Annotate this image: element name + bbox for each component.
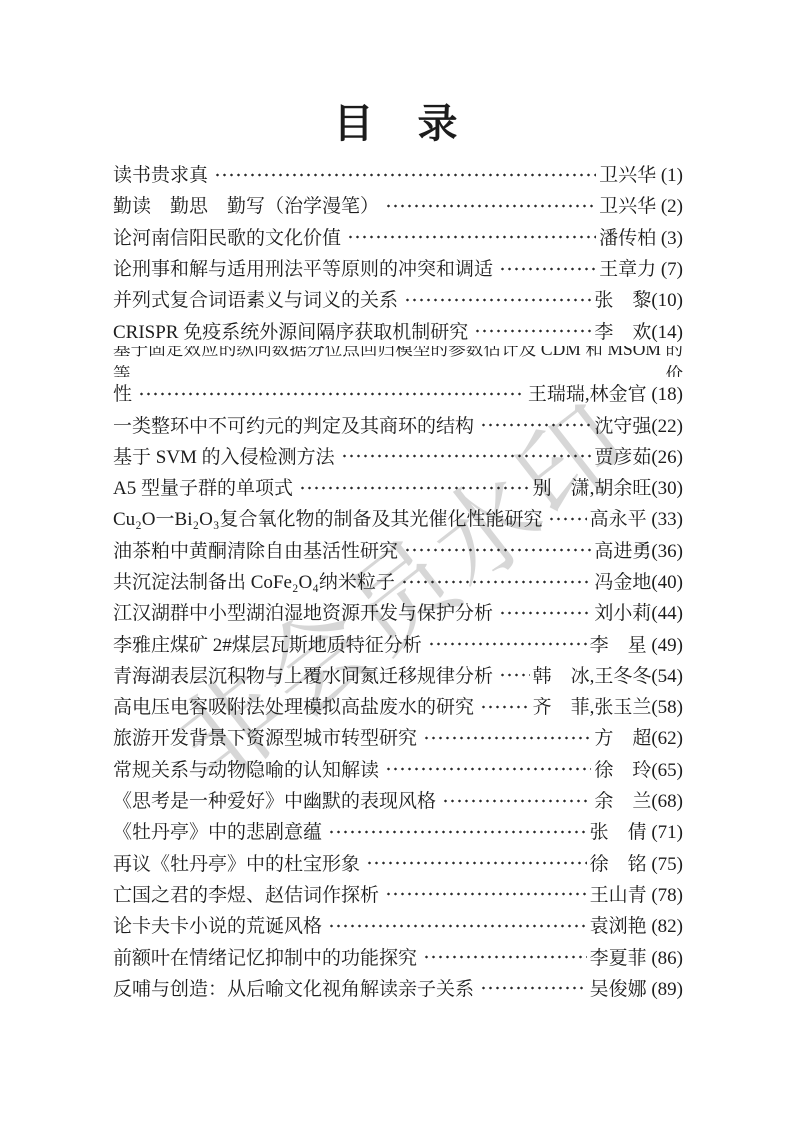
entry-title: 勤读 勤思 勤写（治学漫笔） (113, 191, 379, 218)
dot-leader (422, 952, 587, 962)
entry-author-page: 高进勇(36) (594, 536, 683, 563)
dot-leader (479, 983, 587, 993)
toc-entry: 旅游开发背景下资源型城市转型研究 方 超(62) (113, 721, 683, 752)
entry-title: 前额叶在情绪记忆抑制中的功能探究 (113, 943, 417, 970)
dot-leader (403, 545, 591, 555)
entry-title: 性 (113, 379, 132, 406)
toc-entry: 《牡丹亭》中的悲剧意蕴 张 倩 (71) (113, 815, 683, 846)
dot-leader (422, 733, 591, 743)
entry-author-page: 别 潇,胡余旺(30) (533, 473, 683, 500)
toc-content: 目 录 读书贵求真 卫兴华 (1) 勤读 勤思 勤写（治学漫笔） 卫兴华 (2)… (0, 0, 793, 1003)
toc-entry: CRISPR 免疫系统外源间隔序获取机制研究 李 欢(14) (113, 314, 683, 345)
toc-entry: 论刑事和解与适用刑法平等原则的冲突和调适 王章力 (7) (113, 252, 683, 283)
toc-entry: 江汉湖群中小型湖泊湿地资源开发与保护分析 刘小莉(44) (113, 596, 683, 627)
entry-title: 反哺与创造：从后喻文化视角解读亲子关系 (113, 974, 474, 1001)
dot-leader (384, 889, 587, 899)
dot-leader (327, 921, 587, 931)
dot-leader (479, 702, 530, 712)
entry-author-page: 齐 菲,张玉兰(58) (533, 692, 683, 719)
entry-author-page: 余 兰(68) (594, 786, 683, 813)
entry-title: 再议《牡丹亭》中的杜宝形象 (113, 849, 360, 876)
dot-leader (346, 232, 596, 242)
entry-title: 论卡夫卡小说的荒诞风格 (113, 911, 322, 938)
toc-entry: 李雅庄煤矿 2#煤层瓦斯地质特征分析 李 星 (49) (113, 627, 683, 658)
entry-author-page: 徐 铭 (75) (590, 849, 683, 876)
toc-entry: 论河南信阳民歌的文化价值 潘传柏 (3) (113, 221, 683, 252)
dot-leader (479, 420, 591, 430)
entry-title: 基于 SVM 的入侵检测方法 (113, 442, 335, 469)
entry-title: 常规关系与动物隐喻的认知解读 (113, 755, 379, 782)
entry-author-page: 方 超(62) (594, 723, 683, 750)
entry-title: 基于固定效应的纵向数据分位点回归模型的参数估计及 CDM 和 MSOM 的等价 (113, 346, 683, 377)
dot-leader (441, 796, 591, 806)
toc-entry: 再议《牡丹亭》中的杜宝形象 徐 铭 (75) (113, 847, 683, 878)
toc-entry: 性 王瑞瑞,林金官 (18) (113, 377, 683, 408)
entry-title: 论河南信阳民歌的文化价值 (113, 223, 341, 250)
entry-title: A5 型量子群的单项式 (113, 473, 293, 500)
entry-author-page: 吴俊娜 (89) (590, 974, 683, 1001)
entry-author-page: 潘传柏 (3) (599, 223, 683, 250)
entry-title: 青海湖表层沉积物与上覆水间氮迁移规律分析 (113, 661, 493, 688)
entry-author-page: 卫兴华 (1) (599, 160, 683, 187)
toc-entry: 高电压电容吸附法处理模拟高盐废水的研究 齐 菲,张玉兰(58) (113, 690, 683, 721)
entry-title: 《思考是一种爱好》中幽默的表现风格 (113, 786, 436, 813)
toc-entry: 前额叶在情绪记忆抑制中的功能探究 李夏菲 (86) (113, 940, 683, 971)
entry-author-page: 袁浏艳 (82) (590, 911, 683, 938)
toc-entry: 基于固定效应的纵向数据分位点回归模型的参数估计及 CDM 和 MSOM 的等价 (113, 346, 683, 377)
dot-leader (498, 264, 596, 274)
entry-title: 并列式复合词语素义与词义的关系 (113, 285, 398, 312)
dot-leader (213, 170, 596, 180)
entry-title: 一类整环中不可约元的判定及其商环的结构 (113, 411, 474, 438)
dot-leader (327, 827, 587, 837)
entry-author-page: 王山青 (78) (590, 880, 683, 907)
dot-leader (137, 389, 525, 399)
entry-author-page: 韩 冰,王冬冬(54) (533, 661, 683, 688)
entry-title: 《牡丹亭》中的悲剧意蕴 (113, 817, 322, 844)
dot-leader (365, 858, 587, 868)
entry-author-page: 卫兴华 (2) (599, 191, 683, 218)
toc-entry: 一类整环中不可约元的判定及其商环的结构 沈守强(22) (113, 408, 683, 439)
page-title: 目 录 (0, 0, 793, 148)
entry-title: CRISPR 免疫系统外源间隔序获取机制研究 (113, 317, 468, 344)
dot-leader (498, 670, 530, 680)
entry-author-page: 李 欢(14) (594, 317, 683, 344)
document-page: 非会员水印 目 录 读书贵求真 卫兴华 (1) 勤读 勤思 勤写（治学漫笔） 卫… (0, 0, 793, 1122)
entry-title: 油茶粕中黄酮清除自由基活性研究 (113, 536, 398, 563)
entry-title: 李雅庄煤矿 2#煤层瓦斯地质特征分析 (113, 630, 422, 657)
toc-entry: A5 型量子群的单项式 别 潇,胡余旺(30) (113, 471, 683, 502)
toc-entry: 亡国之君的李煜、赵佶词作探析 王山青 (78) (113, 878, 683, 909)
toc-entry: 共沉淀法制备出 CoFe₂O₄纳米粒子 冯金地(40) (113, 565, 683, 596)
entry-author-page: 徐 玲(65) (594, 755, 683, 782)
toc-entry: 《思考是一种爱好》中幽默的表现风格 余 兰(68) (113, 784, 683, 815)
dot-leader (384, 764, 591, 774)
dot-leader (473, 326, 591, 336)
entry-author-page: 贾彦茹(26) (594, 442, 683, 469)
entry-title: 旅游开发背景下资源型城市转型研究 (113, 723, 417, 750)
entry-title: 论刑事和解与适用刑法平等原则的冲突和调适 (113, 254, 493, 281)
entry-author-page: 张 倩 (71) (590, 817, 683, 844)
entry-author-page: 王章力 (7) (599, 254, 683, 281)
toc-list: 读书贵求真 卫兴华 (1) 勤读 勤思 勤写（治学漫笔） 卫兴华 (2) 论河南… (113, 158, 683, 1003)
dot-leader (498, 608, 591, 618)
dot-leader (384, 201, 596, 211)
entry-title: 亡国之君的李煜、赵佶词作探析 (113, 880, 379, 907)
dot-leader (403, 295, 591, 305)
toc-entry: 论卡夫卡小说的荒诞风格 袁浏艳 (82) (113, 909, 683, 940)
toc-entry: 反哺与创造：从后喻文化视角解读亲子关系 吴俊娜 (89) (113, 972, 683, 1003)
entry-author-page: 高永平 (33) (590, 504, 683, 531)
toc-entry: Cu₂O一Bi₂O₃复合氧化物的制备及其光催化性能研究 高永平 (33) (113, 502, 683, 533)
entry-title: 读书贵求真 (113, 160, 208, 187)
entry-title: Cu₂O一Bi₂O₃复合氧化物的制备及其光催化性能研究 (113, 504, 542, 531)
entry-author-page: 李夏菲 (86) (590, 943, 683, 970)
entry-title: 高电压电容吸附法处理模拟高盐废水的研究 (113, 692, 474, 719)
dot-leader (400, 577, 591, 587)
toc-entry: 油茶粕中黄酮清除自由基活性研究 高进勇(36) (113, 534, 683, 565)
entry-author-page: 李 星 (49) (590, 630, 683, 657)
dot-leader (547, 514, 586, 524)
entry-author-page: 王瑞瑞,林金官 (18) (528, 379, 683, 406)
dot-leader (427, 639, 587, 649)
entry-author-page: 沈守强(22) (594, 411, 683, 438)
toc-entry: 常规关系与动物隐喻的认知解读 徐 玲(65) (113, 753, 683, 784)
toc-entry: 青海湖表层沉积物与上覆水间氮迁移规律分析 韩 冰,王冬冬(54) (113, 659, 683, 690)
toc-entry: 基于 SVM 的入侵检测方法 贾彦茹(26) (113, 440, 683, 471)
toc-entry: 勤读 勤思 勤写（治学漫笔） 卫兴华 (2) (113, 189, 683, 220)
entry-author-page: 冯金地(40) (594, 567, 683, 594)
entry-title: 共沉淀法制备出 CoFe₂O₄纳米粒子 (113, 567, 395, 594)
dot-leader (298, 483, 530, 493)
entry-title: 江汉湖群中小型湖泊湿地资源开发与保护分析 (113, 598, 493, 625)
toc-entry: 读书贵求真 卫兴华 (1) (113, 158, 683, 189)
entry-author-page: 刘小莉(44) (594, 598, 683, 625)
dot-leader (340, 451, 592, 461)
toc-entry: 并列式复合词语素义与词义的关系 张 黎(10) (113, 283, 683, 314)
entry-author-page: 张 黎(10) (594, 285, 683, 312)
